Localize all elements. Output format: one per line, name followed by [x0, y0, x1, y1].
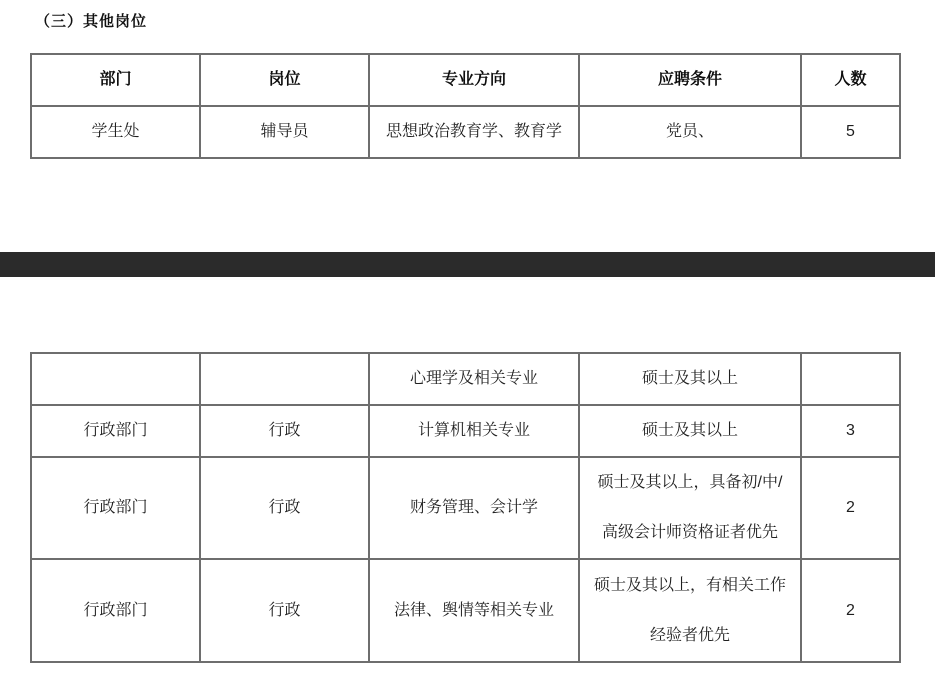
col-header-department: 部门 — [31, 54, 200, 106]
table-header-row: 部门 岗位 专业方向 应聘条件 人数 — [31, 54, 900, 106]
col-header-requirements: 应聘条件 — [579, 54, 801, 106]
cell-requirements: 硕士及其以上，有相关工作 经验者优先 — [579, 559, 801, 662]
cell-major: 计算机相关专业 — [369, 405, 579, 457]
cell-requirements: 硕士及其以上 — [579, 353, 801, 405]
cell-department: 行政部门 — [31, 559, 200, 662]
positions-table-top: 部门 岗位 专业方向 应聘条件 人数 学生处 辅导员 思想政治教育学、教育学 党… — [30, 53, 901, 159]
cell-department — [31, 353, 200, 405]
col-header-major: 专业方向 — [369, 54, 579, 106]
cell-position: 行政 — [200, 405, 369, 457]
cell-position: 行政 — [200, 457, 369, 559]
cell-position: 行政 — [200, 559, 369, 662]
cell-major: 心理学及相关专业 — [369, 353, 579, 405]
cell-position: 辅导员 — [200, 106, 369, 158]
cell-major: 财务管理、会计学 — [369, 457, 579, 559]
table-row: 行政部门 行政 计算机相关专业 硕士及其以上 3 — [31, 405, 900, 457]
col-header-position: 岗位 — [200, 54, 369, 106]
cell-department: 学生处 — [31, 106, 200, 158]
cell-headcount: 3 — [801, 405, 900, 457]
cell-headcount — [801, 353, 900, 405]
table-row: 学生处 辅导员 思想政治教育学、教育学 党员、 5 — [31, 106, 900, 158]
cell-headcount: 5 — [801, 106, 900, 158]
page-break-divider — [0, 252, 935, 277]
document-page: （三）其他岗位 部门 岗位 专业方向 应聘条件 人数 学生处 辅导员 思想政治教… — [0, 0, 935, 687]
cell-headcount: 2 — [801, 457, 900, 559]
table-row: 心理学及相关专业 硕士及其以上 — [31, 353, 900, 405]
positions-table-continuation: 心理学及相关专业 硕士及其以上 行政部门 行政 计算机相关专业 硕士及其以上 3… — [30, 352, 901, 663]
cell-headcount: 2 — [801, 559, 900, 662]
section-title: （三）其他岗位 — [35, 11, 147, 32]
cell-department: 行政部门 — [31, 405, 200, 457]
cell-department: 行政部门 — [31, 457, 200, 559]
cell-requirements: 硕士及其以上 — [579, 405, 801, 457]
table-row: 行政部门 行政 法律、舆情等相关专业 硕士及其以上，有相关工作 经验者优先 2 — [31, 559, 900, 662]
cell-major: 法律、舆情等相关专业 — [369, 559, 579, 662]
cell-major: 思想政治教育学、教育学 — [369, 106, 579, 158]
cell-requirements: 硕士及其以上，具备初/中/ 高级会计师资格证者优先 — [579, 457, 801, 559]
cell-position — [200, 353, 369, 405]
cell-requirements: 党员、 — [579, 106, 801, 158]
table-row: 行政部门 行政 财务管理、会计学 硕士及其以上，具备初/中/ 高级会计师资格证者… — [31, 457, 900, 559]
col-header-headcount: 人数 — [801, 54, 900, 106]
